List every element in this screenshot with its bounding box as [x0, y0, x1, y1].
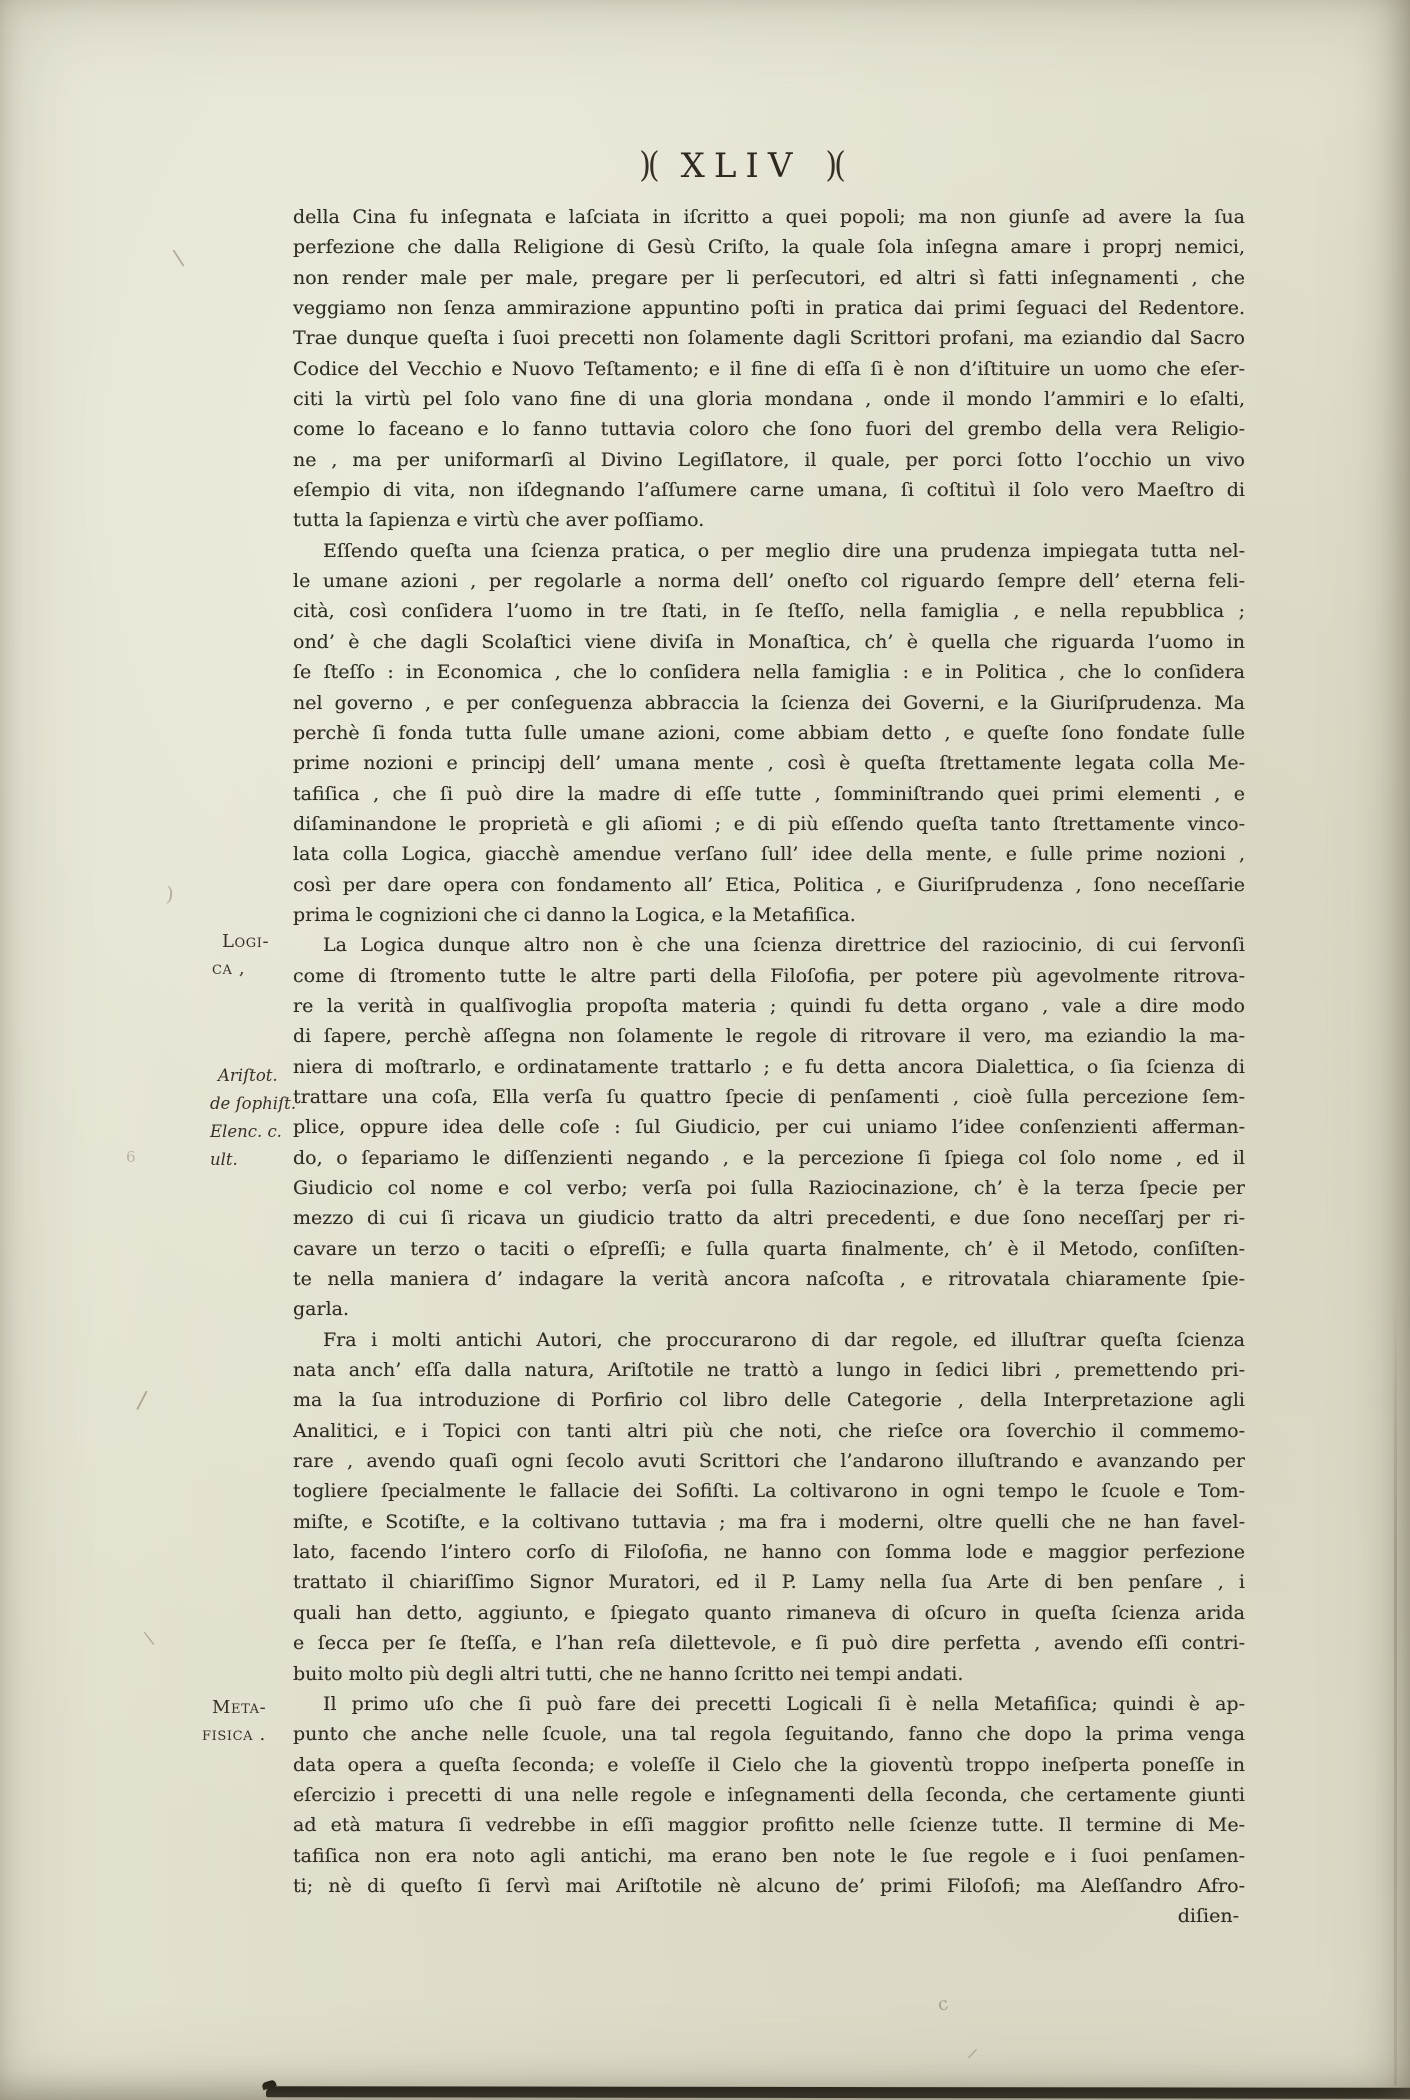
text-line: perfezione che dalla Religione di Gesù C… [293, 232, 1245, 262]
text-line: ſe ſteſſo : in Economica , che lo conſid… [293, 657, 1245, 687]
text-line: togliere ſpecialmente le fallacie dei So… [293, 1476, 1245, 1506]
catchword: diſien- [293, 1901, 1245, 1931]
text-line: citi la virtù pel ſolo vano fine di una … [293, 384, 1245, 414]
text-line: lata colla Logica, giacchè amendue verſa… [293, 839, 1245, 869]
text-line: La Logica dunque altro non è che una ſci… [293, 930, 1245, 960]
text-line: nel governo , e per conſeguenza abbracci… [293, 688, 1245, 718]
text-line: ma la ſua introduzione di Porfirio col l… [293, 1385, 1245, 1415]
text-line: così per dare opera con fondamento all’ … [293, 870, 1245, 900]
margin-note-line: ult. [210, 1146, 296, 1174]
text-line: niera di moſtrarlo, e ordinatamente trat… [293, 1052, 1245, 1082]
text-line: cità, così conſidera l’uomo in tre ſtati… [293, 596, 1245, 626]
text-line: trattato il chiariſſimo Signor Muratori,… [293, 1567, 1245, 1597]
stray-mark: c [936, 1993, 950, 2015]
margin-note-line: ca , [212, 955, 298, 982]
text-line: Fra i molti antichi Autori, che proccura… [293, 1325, 1245, 1355]
text-line: do, o ſepariamo le diſſenzienti negando … [293, 1143, 1245, 1173]
text-line: data opera a queſta ſeconda; e voleſſe i… [293, 1750, 1245, 1780]
margin-note-metafisica: Meta-fisica . [202, 1694, 288, 1748]
text-line: prima le cognizioni che ci danno la Logi… [293, 900, 1245, 930]
text-line: prime nozioni e principj dell’ umana men… [293, 748, 1245, 778]
margin-note-logica: Logi-ca , [212, 928, 298, 982]
body-text-block: della Cina fu inſegnata e laſciata in iſ… [293, 202, 1245, 1932]
text-line: diſaminandone le proprietà e gli aſiomi … [293, 809, 1245, 839]
text-line: plice, oppure idea delle coſe : ſul Giud… [293, 1112, 1245, 1142]
stray-mark: ) [165, 882, 175, 907]
text-line: eſercizio i precetti di una nelle regole… [293, 1780, 1245, 1810]
page-header: )(XLIV)( [265, 146, 1217, 186]
stray-mark: / [136, 1386, 149, 1415]
stray-mark: / [967, 2046, 978, 2062]
text-line: punto che anche nelle ſcuole, una tal re… [293, 1719, 1245, 1749]
text-line: Eſſendo queſta una ſcienza pratica, o pe… [293, 536, 1245, 566]
text-line: perchè ſi fonda tutta ſulle umane azioni… [293, 718, 1245, 748]
text-line: te nella maniera d’ indagare la verità a… [293, 1264, 1245, 1294]
text-line: ti; nè di queſto ſi ſervì mai Ariſtotile… [293, 1871, 1245, 1901]
text-line: ne , ma per uniformarſi al Divino Legiſl… [293, 445, 1245, 475]
margin-note-line: Meta- [202, 1694, 288, 1721]
margin-note-line: Elenc. c. [210, 1118, 296, 1146]
text-line: tutta la ſapienza e virtù che aver poſſi… [293, 505, 1245, 535]
text-line: rare , avendo quaſi ogni ſecolo avuti Sc… [293, 1446, 1245, 1476]
text-line: tafiſica non era noto agli antichi, ma e… [293, 1841, 1245, 1871]
text-line: Il primo uſo che ſi può fare dei precett… [293, 1689, 1245, 1719]
text-line: le umane azioni , per regolarle a norma … [293, 566, 1245, 596]
text-line: tafiſica , che ſi può dire la madre di e… [293, 779, 1245, 809]
text-line: mezzo di cui ſi ricava un giudicio tratt… [293, 1203, 1245, 1233]
text-line: della Cina fu inſegnata e laſciata in iſ… [293, 202, 1245, 232]
text-line: miſte, e Scotiſte, e la coltivano tuttav… [293, 1507, 1245, 1537]
stray-mark: \ [172, 245, 186, 271]
page-number-roman: XLIV [657, 146, 826, 186]
text-line: cavare un terzo o taciti o eſpreſſi; e ſ… [293, 1234, 1245, 1264]
text-line: lato, facendo l’intero corſo di Filoſofi… [293, 1537, 1245, 1567]
text-line: Trae dunque queſta i ſuoi precetti non ſ… [293, 323, 1245, 353]
text-line: buito molto più degli altri tutti, che n… [293, 1659, 1245, 1689]
margin-note-line: Logi- [212, 928, 298, 955]
stray-mark: 6 [126, 1148, 136, 1166]
text-line: non render male per male, pregare per li… [293, 263, 1245, 293]
text-line: e ſecca per ſe ſteſſa, e l’han reſa dile… [293, 1628, 1245, 1658]
text-line: come di ſtromento tutte le altre parti d… [293, 961, 1245, 991]
text-line: di ſapere, perchè aſſegna non ſolamente … [293, 1021, 1245, 1051]
text-line: ond’ è che dagli Scolaſtici viene diviſa… [293, 627, 1245, 657]
text-line: eſempio di vita, non iſdegnando l’aſſume… [293, 475, 1245, 505]
text-line: nata anch’ eſſa dalla natura, Ariſtotile… [293, 1355, 1245, 1385]
text-line: Giudicio col nome e col verbo; verſa poi… [293, 1173, 1245, 1203]
left-parenthesis-ornament: )( [639, 145, 656, 185]
margin-note-line: Ariſtot. [210, 1062, 296, 1090]
margin-note-aristotle-reference: Ariſtot.de ſophiſt.Elenc. c.ult. [210, 1062, 296, 1174]
text-line: Codice del Vecchio e Nuovo Teſtamento; e… [293, 354, 1245, 384]
margin-note-line: de ſophiſt. [210, 1090, 296, 1118]
text-line: quali han detto, aggiunto, e ſpiegato qu… [293, 1598, 1245, 1628]
page-crease-artifact [1394, 1280, 1397, 2086]
text-line: trattare una coſa, Ella verſa ſu quattro… [293, 1082, 1245, 1112]
stray-mark: \ [143, 1628, 156, 1650]
text-line: come lo faceano e lo fanno tuttavia colo… [293, 414, 1245, 444]
margin-note-line: fisica . [202, 1721, 288, 1748]
text-line: ad età matura ſi vedrebbe in eſſi maggio… [293, 1810, 1245, 1840]
scanned-book-page: )(XLIV)( Logi-ca , Ariſtot.de ſophiſt.El… [0, 0, 1410, 2100]
text-line: veggiamo non ſenza ammirazione appuntino… [293, 293, 1245, 323]
text-line: garla. [293, 1294, 1245, 1324]
text-line: Analitici, e i Topici con tanti altri pi… [293, 1416, 1245, 1446]
scan-bottom-edge-artifact [266, 2086, 1410, 2099]
body-text-lines: della Cina fu inſegnata e laſciata in iſ… [293, 202, 1245, 1901]
right-parenthesis-ornament: )( [825, 145, 842, 185]
text-line: re la verità in qualſivoglia propoſta ma… [293, 991, 1245, 1021]
